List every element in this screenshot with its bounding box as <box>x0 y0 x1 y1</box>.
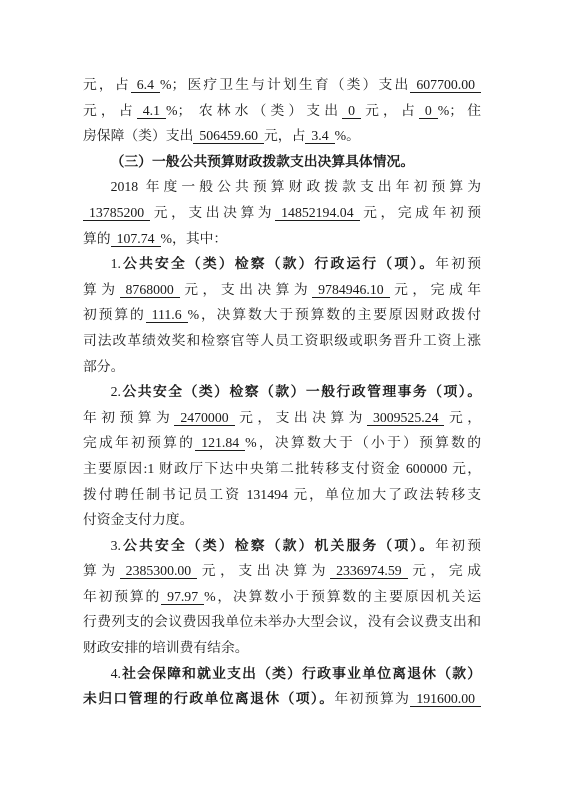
text-line: 部分。 <box>83 354 481 380</box>
text-run: 元，占 <box>83 77 131 92</box>
text-line: 完成年初预算的121.84%，决算数大于（小于）预算数的 <box>83 430 481 456</box>
text-line: 行费列支的会议费因我单位未举办大型会议，没有会议费支出和 <box>83 609 481 635</box>
heading-text-run: 社会保障和就业支出（类）行政事业单位离退休（款） <box>121 666 481 681</box>
text-run: 元，完成年初预 <box>360 205 481 220</box>
text-line: 司法改革绩效奖和检察官等人员工资职级或职务晋升工资上涨 <box>83 328 481 354</box>
text-run: 年初预 <box>435 256 481 271</box>
underlined-value: 4.1 <box>137 103 166 119</box>
text-run: 算为 <box>83 563 120 578</box>
underlined-value: 6.4 <box>131 77 160 93</box>
text-line: 年初预算的97.97%，决算数小于预算数的主要原因机关运 <box>83 584 481 610</box>
heading-text-run: （三）一般公共预算财政拨款支出决算具体情况。 <box>111 154 415 169</box>
text-run: 年初预算为 <box>83 410 174 425</box>
text-line: 元，占6.4%；医疗卫生与计划生育（类）支出607700.00 <box>83 72 481 98</box>
text-run: 元，支出决算为 <box>235 410 367 425</box>
text-run: 司法改革绩效奖和检察官等人员工资职级或职务晋升工资上涨 <box>83 333 481 348</box>
text-line: 付资金支付力度。 <box>83 507 481 533</box>
text-line: 元，占4.1%； 农林水（类）支出0元，占0%；住 <box>83 98 481 124</box>
text-run: 初预算的 <box>83 307 146 322</box>
underlined-value: 2336974.59 <box>330 563 408 579</box>
underlined-value: 3.4 <box>305 128 334 144</box>
text-line: 算为2385300.00元，支出决算为2336974.59元，完成 <box>83 558 481 584</box>
text-run: 行费列支的会议费因我单位未举办大型会议，没有会议费支出和 <box>83 614 481 629</box>
text-run: 元，完成年 <box>390 282 481 297</box>
text-run: 元，占 <box>264 128 305 143</box>
text-run: %，其中： <box>161 231 228 246</box>
text-run: 3. <box>111 538 121 553</box>
text-run: 付资金支付力度。 <box>83 512 193 527</box>
text-run: 完成年初预算的 <box>83 435 195 450</box>
underlined-value: 111.6 <box>146 307 188 323</box>
heading-text-run: 公共安全（类）检察（款）行政运行（项）。 <box>121 256 435 271</box>
text-run: 年初预 <box>435 538 481 553</box>
text-run: 主要原因:1 财政厅下达中央第二批转移支付资金 600000 元， <box>83 461 481 476</box>
text-run: 财政安排的培训费有结余。 <box>83 640 249 655</box>
underlined-value: 9784946.10 <box>312 282 390 298</box>
text-line: 1.公共安全（类）检察（款）行政运行（项）。年初预 <box>83 251 481 277</box>
text-run: 年初预算为 <box>334 691 410 706</box>
underlined-value: 607700.00 <box>410 77 481 93</box>
underlined-value: 8768000 <box>120 282 180 298</box>
text-line: （三）一般公共预算财政拨款支出决算具体情况。 <box>83 149 481 175</box>
text-run: %；住 <box>438 103 481 118</box>
heading-text-run: 公共安全（类）检察（款）机关服务（项）。 <box>121 538 435 553</box>
text-run: 元，完成 <box>408 563 481 578</box>
underlined-value: 0 <box>419 103 438 119</box>
underlined-value: 13785200 <box>83 205 150 221</box>
text-run: 1. <box>111 256 121 271</box>
underlined-value: 506459.60 <box>193 128 264 144</box>
document-page: 元，占6.4%；医疗卫生与计划生育（类）支出607700.00元，占4.1%； … <box>0 0 565 800</box>
underlined-value: 121.84 <box>195 435 245 451</box>
text-run: 房保障（类）支出 <box>83 128 193 143</box>
text-run: 元，占 <box>83 103 137 118</box>
text-line: 3.公共安全（类）检察（款）机关服务（项）。年初预 <box>83 533 481 559</box>
text-run: 部分。 <box>83 359 124 374</box>
text-run: 元，占 <box>361 103 419 118</box>
text-run: 元， <box>444 410 481 425</box>
text-line: 2018 年度一般公共预算财政拨款支出年初预算为 <box>83 174 481 200</box>
text-line: 房保障（类）支出506459.60元，占3.4%。 <box>83 123 481 149</box>
text-run: %。 <box>335 128 360 143</box>
underlined-value: 14852194.04 <box>275 205 359 221</box>
underlined-value: 0 <box>342 103 361 119</box>
text-run: 元，支出决算为 <box>197 563 330 578</box>
text-run: 元，支出决算为 <box>180 282 312 297</box>
text-run: 算为 <box>83 282 120 297</box>
text-line: 年初预算为2470000元，支出决算为3009525.24元， <box>83 405 481 431</box>
text-line: 算的107.74%，其中： <box>83 226 481 252</box>
text-run: 年初预算的 <box>83 589 161 604</box>
text-line: 13785200元，支出决算为14852194.04元，完成年初预 <box>83 200 481 226</box>
text-line: 算为8768000元，支出决算为9784946.10元，完成年 <box>83 277 481 303</box>
heading-text-run: 公共安全（类）检察（款）一般行政管理事务（项）。 <box>121 384 481 399</box>
text-line: 初预算的111.6%，决算数大于预算数的主要原因财政拨付 <box>83 302 481 328</box>
text-run: %； 农林水（类）支出 <box>166 103 342 118</box>
text-run: %；医疗卫生与计划生育（类）支出 <box>160 77 410 92</box>
text-line: 未归口管理的行政单位离退休（项）。年初预算为191600.00 <box>83 686 481 712</box>
text-line: 主要原因:1 财政厅下达中央第二批转移支付资金 600000 元， <box>83 456 481 482</box>
text-line: 4.社会保障和就业支出（类）行政事业单位离退休（款） <box>83 661 481 687</box>
underlined-value: 97.97 <box>161 589 204 605</box>
text-run: 2018 年度一般公共预算财政拨款支出年初预算为 <box>111 179 481 194</box>
text-line: 财政安排的培训费有结余。 <box>83 635 481 661</box>
underlined-value: 191600.00 <box>410 691 481 707</box>
underlined-value: 2470000 <box>174 410 234 426</box>
text-run: %，决算数大于预算数的主要原因财政拨付 <box>188 307 481 322</box>
text-run: 算的 <box>83 231 111 246</box>
text-line: 2.公共安全（类）检察（款）一般行政管理事务（项）。 <box>83 379 481 405</box>
document-body: 元，占6.4%；医疗卫生与计划生育（类）支出607700.00元，占4.1%； … <box>83 72 481 712</box>
text-run: 元，支出决算为 <box>150 205 275 220</box>
text-run: 拨付聘任制书记员工资 131494 元，单位加大了政法转移支 <box>83 487 481 502</box>
text-run: 4. <box>111 666 121 681</box>
underlined-value: 3009525.24 <box>367 410 445 426</box>
text-run: %，决算数大于（小于）预算数的 <box>245 435 481 450</box>
underlined-value: 2385300.00 <box>120 563 198 579</box>
text-run: 2. <box>111 384 121 399</box>
underlined-value: 107.74 <box>111 231 161 247</box>
text-line: 拨付聘任制书记员工资 131494 元，单位加大了政法转移支 <box>83 482 481 508</box>
heading-text-run: 未归口管理的行政单位离退休（项）。 <box>83 691 334 706</box>
text-run: %，决算数小于预算数的主要原因机关运 <box>204 589 481 604</box>
